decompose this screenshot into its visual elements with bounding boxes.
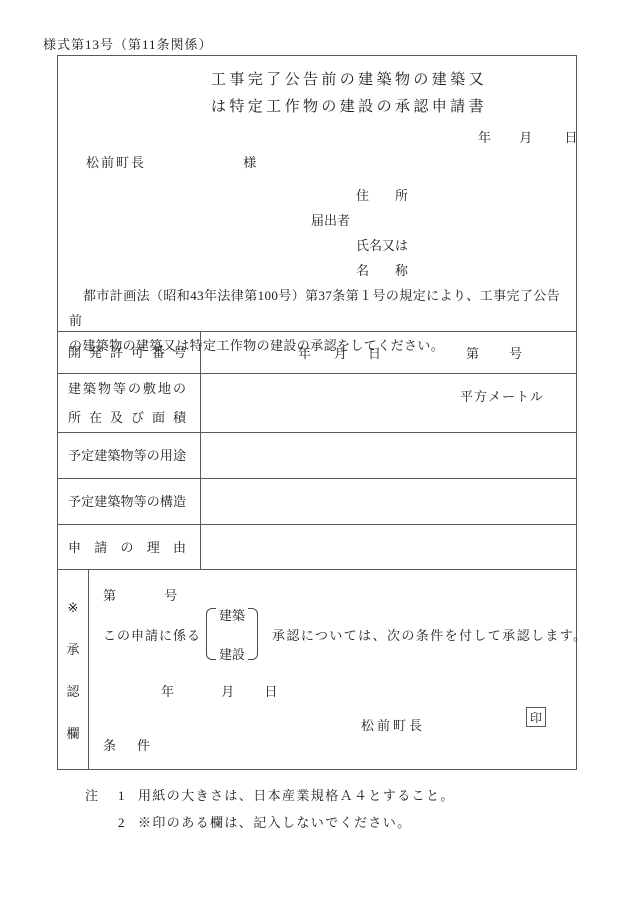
approval-number-line: 第 号 xyxy=(103,585,177,604)
legal-statement-line1: 都市計画法（昭和43年法律第100号）第37条第１号の規定により、工事完了公告前 xyxy=(69,283,568,333)
form-title-line1: 工事完了公告前の建築物の建築又 xyxy=(122,67,576,94)
approval-side-char: ※ xyxy=(68,600,79,616)
permit-number-label-cell: 開発許可番号 xyxy=(58,332,201,373)
permit-number-value-cell: 年 月 日 第 号 xyxy=(201,332,576,373)
date-day-label: 日 xyxy=(565,130,578,145)
approval-side-char: 欄 xyxy=(66,723,79,742)
addressee-line: 松前町長 様 xyxy=(86,152,256,171)
left-bracket-icon xyxy=(206,608,216,660)
applicant-name-label-line2: 名 称 xyxy=(311,258,408,283)
form-table: 開発許可番号 年 月 日 第 号 建築物等の敷地の 所在及び面積 xyxy=(58,331,576,769)
note-item: 注 1 用紙の大きさは、日本産業規格Ａ４とすること。 xyxy=(85,782,455,809)
application-date-line: 年 月 日 xyxy=(478,127,578,146)
reason-label: 申請の理由 xyxy=(68,533,186,562)
note-item: 2 ※印のある欄は、記入しないでください。 xyxy=(85,809,455,836)
addressee-name: 松前町長 xyxy=(86,155,146,170)
approval-side-label: ※ 承 認 欄 xyxy=(58,570,89,769)
permit-year-label: 年 xyxy=(298,343,311,362)
note-text: ※印のある欄は、記入しないでください。 xyxy=(138,809,412,836)
reason-label-cell: 申請の理由 xyxy=(58,525,201,569)
applicant-address-label: 住 所 xyxy=(311,183,408,208)
form-border-box: 工事完了公告前の建築物の建築又 は特定工作物の建設の承認申請書 年 月 日 松前… xyxy=(57,55,577,770)
right-bracket-icon xyxy=(248,608,258,660)
option-construction: 建築 xyxy=(219,605,245,624)
table-row: 申請の理由 xyxy=(58,524,576,569)
structure-label-cell: 予定建築物等の構造 xyxy=(58,479,201,524)
approval-sentence-prefix: この申請に係る xyxy=(103,625,201,644)
note-text: 用紙の大きさは、日本産業規格Ａ４とすること。 xyxy=(138,782,455,809)
addressee-honorific: 様 xyxy=(243,155,256,170)
use-label: 予定建築物等の用途 xyxy=(68,441,186,470)
date-year-label: 年 xyxy=(478,130,491,145)
use-label-cell: 予定建築物等の用途 xyxy=(58,433,201,478)
approval-date-year: 年 xyxy=(161,684,174,699)
notes-label-spacer xyxy=(85,809,118,836)
site-label: 建築物等の敷地の 所在及び面積 xyxy=(68,374,186,432)
approval-sentence: この申請に係る 建築 建設 承認については、次の条件を付して承認します。 xyxy=(103,606,588,662)
site-area-unit: 平方メートル xyxy=(460,386,544,405)
notes-label: 注 xyxy=(85,782,118,809)
table-row: 開発許可番号 年 月 日 第 号 xyxy=(58,331,576,373)
approval-date-line: 年 月 日 xyxy=(161,681,278,700)
site-label-line2: 所在及び面積 xyxy=(68,403,186,432)
approval-no-suffix: 号 xyxy=(164,588,177,603)
structure-label: 予定建築物等の構造 xyxy=(68,487,186,516)
form-page: 様式第13号（第11条関係） 工事完了公告前の建築物の建築又 は特定工作物の建設… xyxy=(0,0,630,903)
bracket-options: 建築 建設 xyxy=(216,605,248,663)
mayor-signature-label: 松前町長 xyxy=(361,715,425,734)
approval-section: ※ 承 認 欄 第 号 この申請に係る 建築 xyxy=(58,569,576,769)
approval-side-char: 承 xyxy=(66,639,79,658)
approval-date-day: 日 xyxy=(265,684,278,699)
site-label-cell: 建築物等の敷地の 所在及び面積 xyxy=(58,374,201,432)
approval-side-char: 認 xyxy=(66,681,79,700)
permit-no-suffix: 号 xyxy=(509,343,522,362)
applicant-label: 届出者 xyxy=(311,208,408,233)
option-building: 建設 xyxy=(219,644,245,663)
permit-no-prefix: 第 xyxy=(466,343,479,362)
table-row: 建築物等の敷地の 所在及び面積 平方メートル xyxy=(58,373,576,432)
applicant-name-label-line1: 氏名又は xyxy=(311,233,408,258)
permit-number-label: 開発許可番号 xyxy=(68,338,186,367)
form-title-line2: は特定工作物の建設の承認申請書 xyxy=(122,94,576,121)
approval-sentence-suffix: 承認については、次の条件を付して承認します。 xyxy=(272,625,588,644)
use-value-cell xyxy=(201,433,576,478)
applicant-block: 住 所 届出者 氏名又は 名 称 xyxy=(311,183,408,283)
table-row: 予定建築物等の用途 xyxy=(58,432,576,478)
approval-date-month: 月 xyxy=(221,684,234,699)
seal-box: 印 xyxy=(526,707,546,727)
site-label-line1: 建築物等の敷地の xyxy=(68,374,186,403)
date-month-label: 月 xyxy=(519,130,532,145)
reason-value-cell xyxy=(201,525,576,569)
permit-month-label: 月 xyxy=(334,343,347,362)
form-number: 様式第13号（第11条関係） xyxy=(43,34,213,53)
choice-bracket: 建築 建設 xyxy=(206,608,258,660)
site-value-cell: 平方メートル xyxy=(201,374,576,432)
note-number: 2 xyxy=(118,809,138,836)
table-row: 予定建築物等の構造 xyxy=(58,478,576,524)
permit-day-label: 日 xyxy=(368,343,381,362)
conditions-label: 条 件 xyxy=(103,735,154,754)
approval-content-cell: 第 号 この申請に係る 建築 建設 承認について xyxy=(89,570,576,769)
note-number: 1 xyxy=(118,782,138,809)
approval-no-prefix: 第 xyxy=(103,588,116,603)
structure-value-cell xyxy=(201,479,576,524)
footer-notes: 注 1 用紙の大きさは、日本産業規格Ａ４とすること。 2 ※印のある欄は、記入し… xyxy=(85,782,455,836)
form-title: 工事完了公告前の建築物の建築又 は特定工作物の建設の承認申請書 xyxy=(58,67,576,121)
